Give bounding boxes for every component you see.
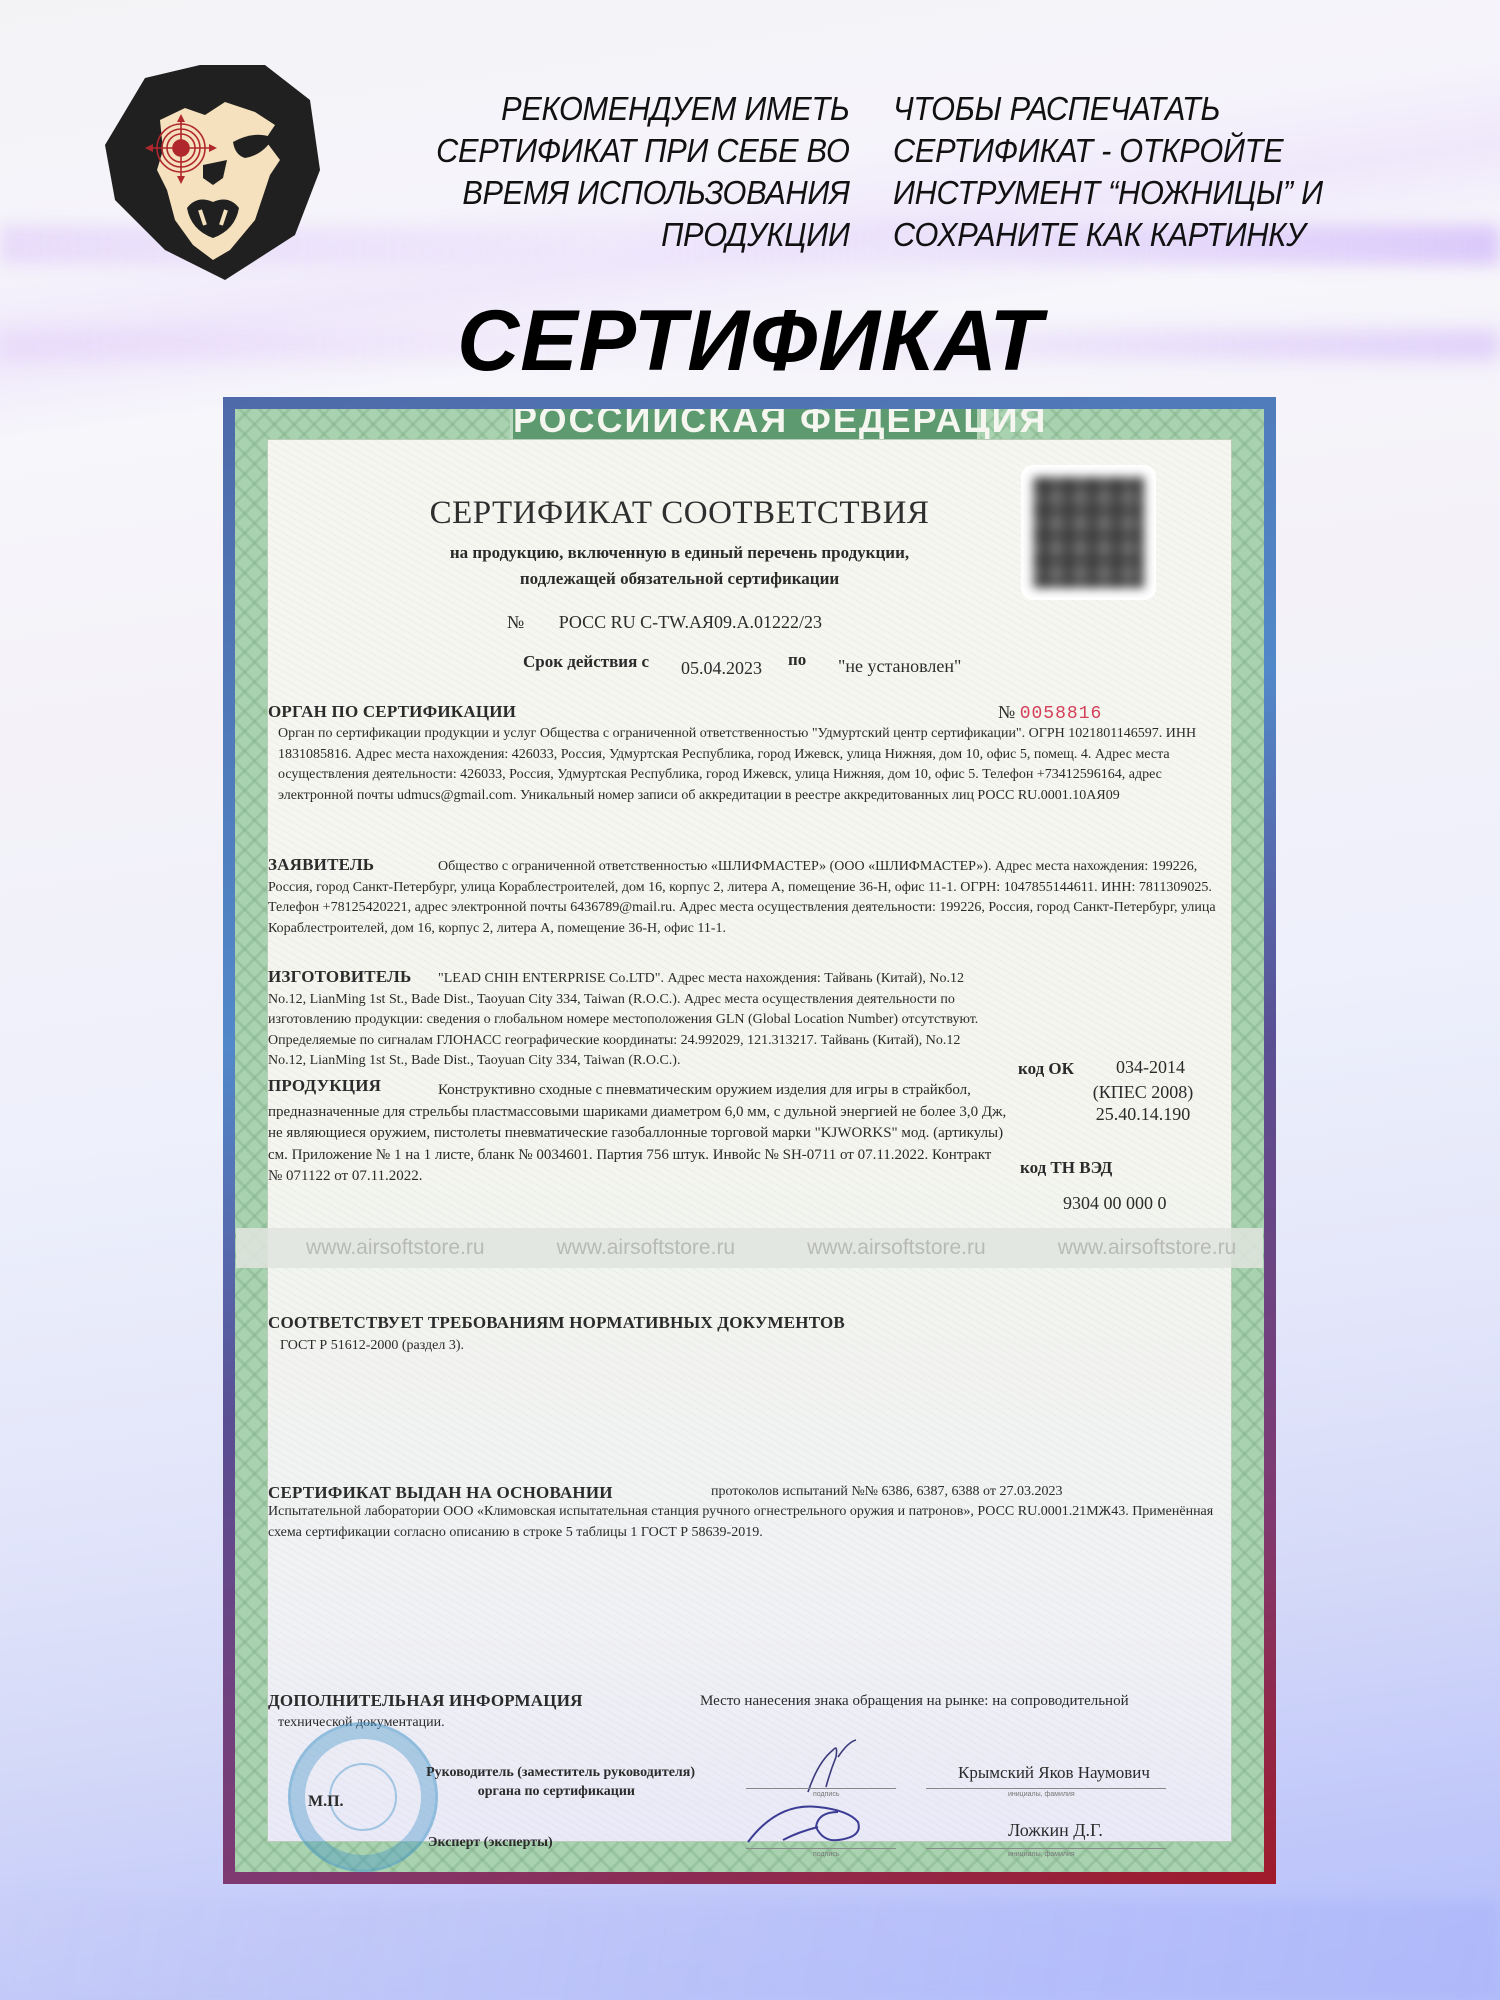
note-line: ИНСТРУМЕНТ “НОЖНИЦЫ” И (893, 172, 1323, 214)
name-line (926, 1848, 1166, 1849)
lion-logo-icon (105, 60, 320, 280)
normative-text: ГОСТ Р 51612-2000 (раздел 3). (280, 1338, 464, 1354)
name-caption: инициалы, фамилия (1008, 1791, 1075, 1798)
carry-certificate-note: РЕКОМЕНДУЕМ ИМЕТЬ СЕРТИФИКАТ ПРИ СЕБЕ ВО… (436, 88, 850, 256)
note-line: РЕКОМЕНДУЕМ ИМЕТЬ (436, 88, 850, 130)
watermark-text: www.airsoftstore.ru (306, 1236, 485, 1260)
manufacturer-text: "LEAD CHIH ENTERPRISE Co.LTD". Адрес мес… (268, 969, 1001, 1072)
qr-code-icon (1033, 477, 1144, 588)
additional-info-heading: ДОПОЛНИТЕЛЬНАЯ ИНФОРМАЦИЯ (268, 1691, 583, 1711)
name-caption: инициалы, фамилия (1008, 1851, 1075, 1858)
tnved-label: код ТН ВЭД (1020, 1158, 1112, 1178)
additional-info-lead: Место нанесения знака обращения на рынке… (700, 1693, 1129, 1710)
qr-code (1021, 465, 1156, 600)
certificate-frame: РОССИЙСКАЯ ФЕДЕРАЦИЯ СЕРТИФИКАТ СООТВЕТС… (223, 397, 1276, 1884)
kpes-code: (КПЕС 2008) 25.40.14.190 (1068, 1081, 1218, 1125)
validity-to-label: по (788, 650, 806, 670)
basis-heading: СЕРТИФИКАТ ВЫДАН НА ОСНОВАНИИ (268, 1483, 613, 1503)
reg-no-value: РОСС RU C-TW.АЯ09.А.01222/23 (559, 612, 822, 632)
expert-name: Ложкин Д.Г. (1008, 1820, 1103, 1841)
tnved-value: 9304 00 000 0 (1063, 1193, 1167, 1214)
background-streak (0, 1900, 1500, 2000)
reg-no-label: № (507, 612, 524, 632)
basis-text: Испытательной лаборатории ООО «Климовска… (268, 1502, 1221, 1543)
note-line: ВРЕМЯ ИСПОЛЬЗОВАНИЯ (436, 172, 850, 214)
print-instructions-note: ЧТОБЫ РАСПЕЧАТАТЬ СЕРТИФИКАТ - ОТКРОЙТЕ … (893, 88, 1323, 256)
signature-line (746, 1788, 896, 1789)
head-label: Руководитель (заместитель руководителя) … (390, 1763, 695, 1801)
page-title: СЕРТИФИКАТ (0, 292, 1500, 391)
expert-label: Эксперт (эксперты) (428, 1835, 553, 1851)
head-label-line: Руководитель (заместитель руководителя) (390, 1763, 695, 1782)
form-no-label: № (998, 702, 1015, 722)
signature-caption: подпись (813, 1851, 839, 1858)
seal-place-label: М.П. (308, 1793, 344, 1811)
signature-caption: подпись (813, 1791, 839, 1798)
signature-line (746, 1848, 896, 1849)
note-line: СЕРТИФИКАТ ПРИ СЕБЕ ВО (436, 130, 850, 172)
name-line (926, 1788, 1166, 1789)
valid-to: "не установлен" (838, 656, 961, 677)
head-label-line: органа по сертификации (390, 1782, 695, 1801)
watermark-text: www.airsoftstore.ru (557, 1236, 736, 1260)
note-line: ЧТОБЫ РАСПЕЧАТАТЬ (893, 88, 1323, 130)
product-text: Конструктивно сходные с пневматическим о… (268, 1080, 1008, 1188)
ok-code-value: 034-2014 (1116, 1057, 1185, 1078)
note-line: СЕРТИФИКАТ - ОТКРОЙТЕ (893, 130, 1323, 172)
note-line: ПРОДУКЦИИ (436, 214, 850, 256)
kpes-label: (КПЕС 2008) (1068, 1081, 1218, 1103)
normative-heading: СООТВЕТСТВУЕТ ТРЕБОВАНИЯМ НОРМАТИВНЫХ ДО… (268, 1313, 845, 1333)
note-line: СОХРАНИТЕ КАК КАРТИНКУ (893, 214, 1323, 256)
watermark-text: www.airsoftstore.ru (807, 1236, 986, 1260)
valid-from: 05.04.2023 (681, 658, 762, 679)
watermark-text: www.airsoftstore.ru (1058, 1236, 1237, 1260)
validity-label: Срок действия с (523, 652, 649, 672)
certificate-document: РОССИЙСКАЯ ФЕДЕРАЦИЯ СЕРТИФИКАТ СООТВЕТС… (235, 409, 1264, 1872)
form-number: № 0058816 (998, 702, 1102, 724)
certification-body-text: Орган по сертификации продукции и услуг … (278, 724, 1221, 806)
applicant-text: Общество с ограниченной ответственностью… (268, 857, 1221, 939)
kpes-value: 25.40.14.190 (1068, 1103, 1218, 1125)
basis-lead: протоколов испытаний №№ 6386, 6387, 6388… (711, 1484, 1062, 1500)
head-name: Крымский Яков Наумович (958, 1763, 1150, 1783)
certificate-body: СЕРТИФИКАТ СООТВЕТСТВИЯ на продукцию, вк… (267, 439, 1232, 1842)
watermark-strip: www.airsoftstore.ru www.airsoftstore.ru … (236, 1228, 1263, 1268)
subtitle-line: подлежащей обязательной сертификации (268, 566, 1091, 592)
ok-code-label: код ОК (1018, 1059, 1074, 1079)
registration-number: № РОСС RU C-TW.АЯ09.А.01222/23 (268, 612, 1231, 633)
certification-body-heading: ОРГАН ПО СЕРТИФИКАЦИИ (268, 702, 516, 722)
form-no-value: 0058816 (1020, 704, 1103, 724)
subtitle-line: на продукцию, включенную в единый перече… (268, 540, 1091, 566)
